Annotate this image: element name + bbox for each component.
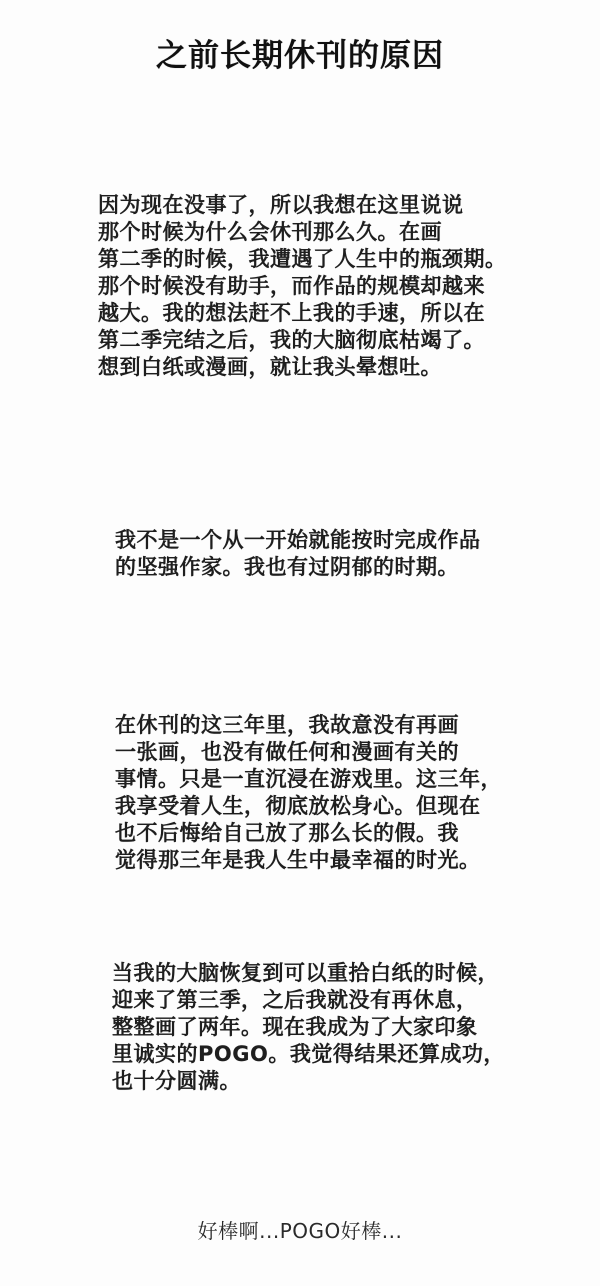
paragraph-2: 我不是一个从一开始就能按时完成作品 的坚强作家。我也有过阴郁的时期。 bbox=[115, 527, 575, 581]
paragraph-3: 在休刊的这三年里，我故意没有再画 一张画，也没有做任何和漫画有关的 事情。只是一… bbox=[115, 712, 575, 874]
paragraph-1: 因为现在没事了，所以我想在这里说说 那个时候为什么会休刊那么久。在画 第二季的时… bbox=[98, 192, 568, 381]
footer-caption: 好棒啊...POGO好棒... bbox=[0, 1215, 600, 1244]
paragraph-4: 当我的大脑恢复到可以重拾白纸的时候， 迎来了第三季，之后我就没有再休息， 整整画… bbox=[112, 960, 577, 1095]
page-title: 之前长期休刊的原因 bbox=[0, 30, 600, 75]
comic-text-page: 之前长期休刊的原因 因为现在没事了，所以我想在这里说说 那个时候为什么会休刊那么… bbox=[0, 0, 600, 1286]
